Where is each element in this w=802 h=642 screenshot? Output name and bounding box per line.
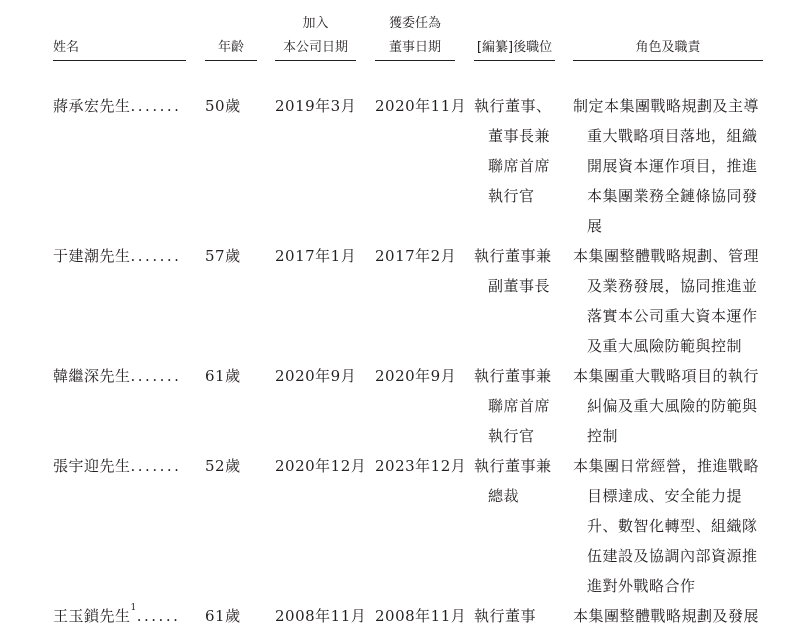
- role-description: 本集團整體戰略規劃、管理 及業務發展，協同推進並 落實本公司重大資本運作 及重大…: [573, 241, 759, 361]
- header-age: 年齡: [205, 36, 257, 60]
- role-description: 本集團日常經營，推進戰略 目標達成、安全能力提 升、數智化轉型、組織隊 伍建設及…: [573, 451, 759, 601]
- director-age: 61歲: [205, 601, 241, 631]
- director-name: 韓繼深先生.......: [53, 361, 181, 391]
- header-join-date-line1: 加入: [275, 12, 356, 36]
- join-date: 2020年9月: [275, 361, 356, 391]
- header-underline-appoint-date: [375, 60, 455, 61]
- director-name: 于建潮先生.......: [53, 241, 181, 271]
- header-underline-position: [474, 60, 555, 61]
- role-description: 制定本集團戰略規劃及主導 重大戰略項目落地，組織 開展資本運作項目，推進 本集團…: [573, 91, 759, 241]
- join-date: 2020年12月: [275, 451, 366, 481]
- appoint-date: 2020年9月: [375, 361, 456, 391]
- join-date: 2017年1月: [275, 241, 356, 271]
- header-underline-join-date: [275, 60, 356, 61]
- header-join-date-line2: 本公司日期: [275, 36, 356, 60]
- position: 執行董事: [474, 601, 536, 631]
- position: 執行董事兼 聯席首席 執行官: [474, 361, 552, 451]
- header-underline-role: [573, 60, 763, 61]
- header-name: 姓名: [53, 36, 186, 60]
- appoint-date: 2008年11月: [375, 601, 466, 631]
- director-name: 王玉鎖先生1......: [53, 601, 180, 631]
- role-description: 本集團整體戰略規劃及發展: [573, 601, 759, 631]
- join-date: 2019年3月: [275, 91, 356, 121]
- header-position: [編纂]後職位: [474, 36, 555, 60]
- header-role: 角色及職責: [573, 36, 763, 60]
- director-name: 蔣承宏先生.......: [53, 91, 181, 121]
- director-age: 61歲: [205, 361, 241, 391]
- position: 執行董事兼 副董事長: [474, 241, 552, 301]
- director-name: 張宇迎先生.......: [53, 451, 181, 481]
- position: 執行董事兼 總裁: [474, 451, 552, 511]
- appoint-date: 2020年11月: [375, 91, 466, 121]
- director-age: 52歲: [205, 451, 241, 481]
- director-age: 50歲: [205, 91, 241, 121]
- header-underline-age: [205, 60, 257, 61]
- role-description: 本集團重大戰略項目的執行 糾偏及重大風險的防範與 控制: [573, 361, 759, 451]
- header-appoint-date-line1: 獲委任為: [375, 12, 455, 36]
- header-underline-name: [53, 60, 186, 61]
- appoint-date: 2017年2月: [375, 241, 456, 271]
- join-date: 2008年11月: [275, 601, 366, 631]
- header-appoint-date-line2: 董事日期: [375, 36, 455, 60]
- position: 執行董事、 董事長兼 聯席首席 執行官: [474, 91, 552, 211]
- appoint-date: 2023年12月: [375, 451, 466, 481]
- director-age: 57歲: [205, 241, 241, 271]
